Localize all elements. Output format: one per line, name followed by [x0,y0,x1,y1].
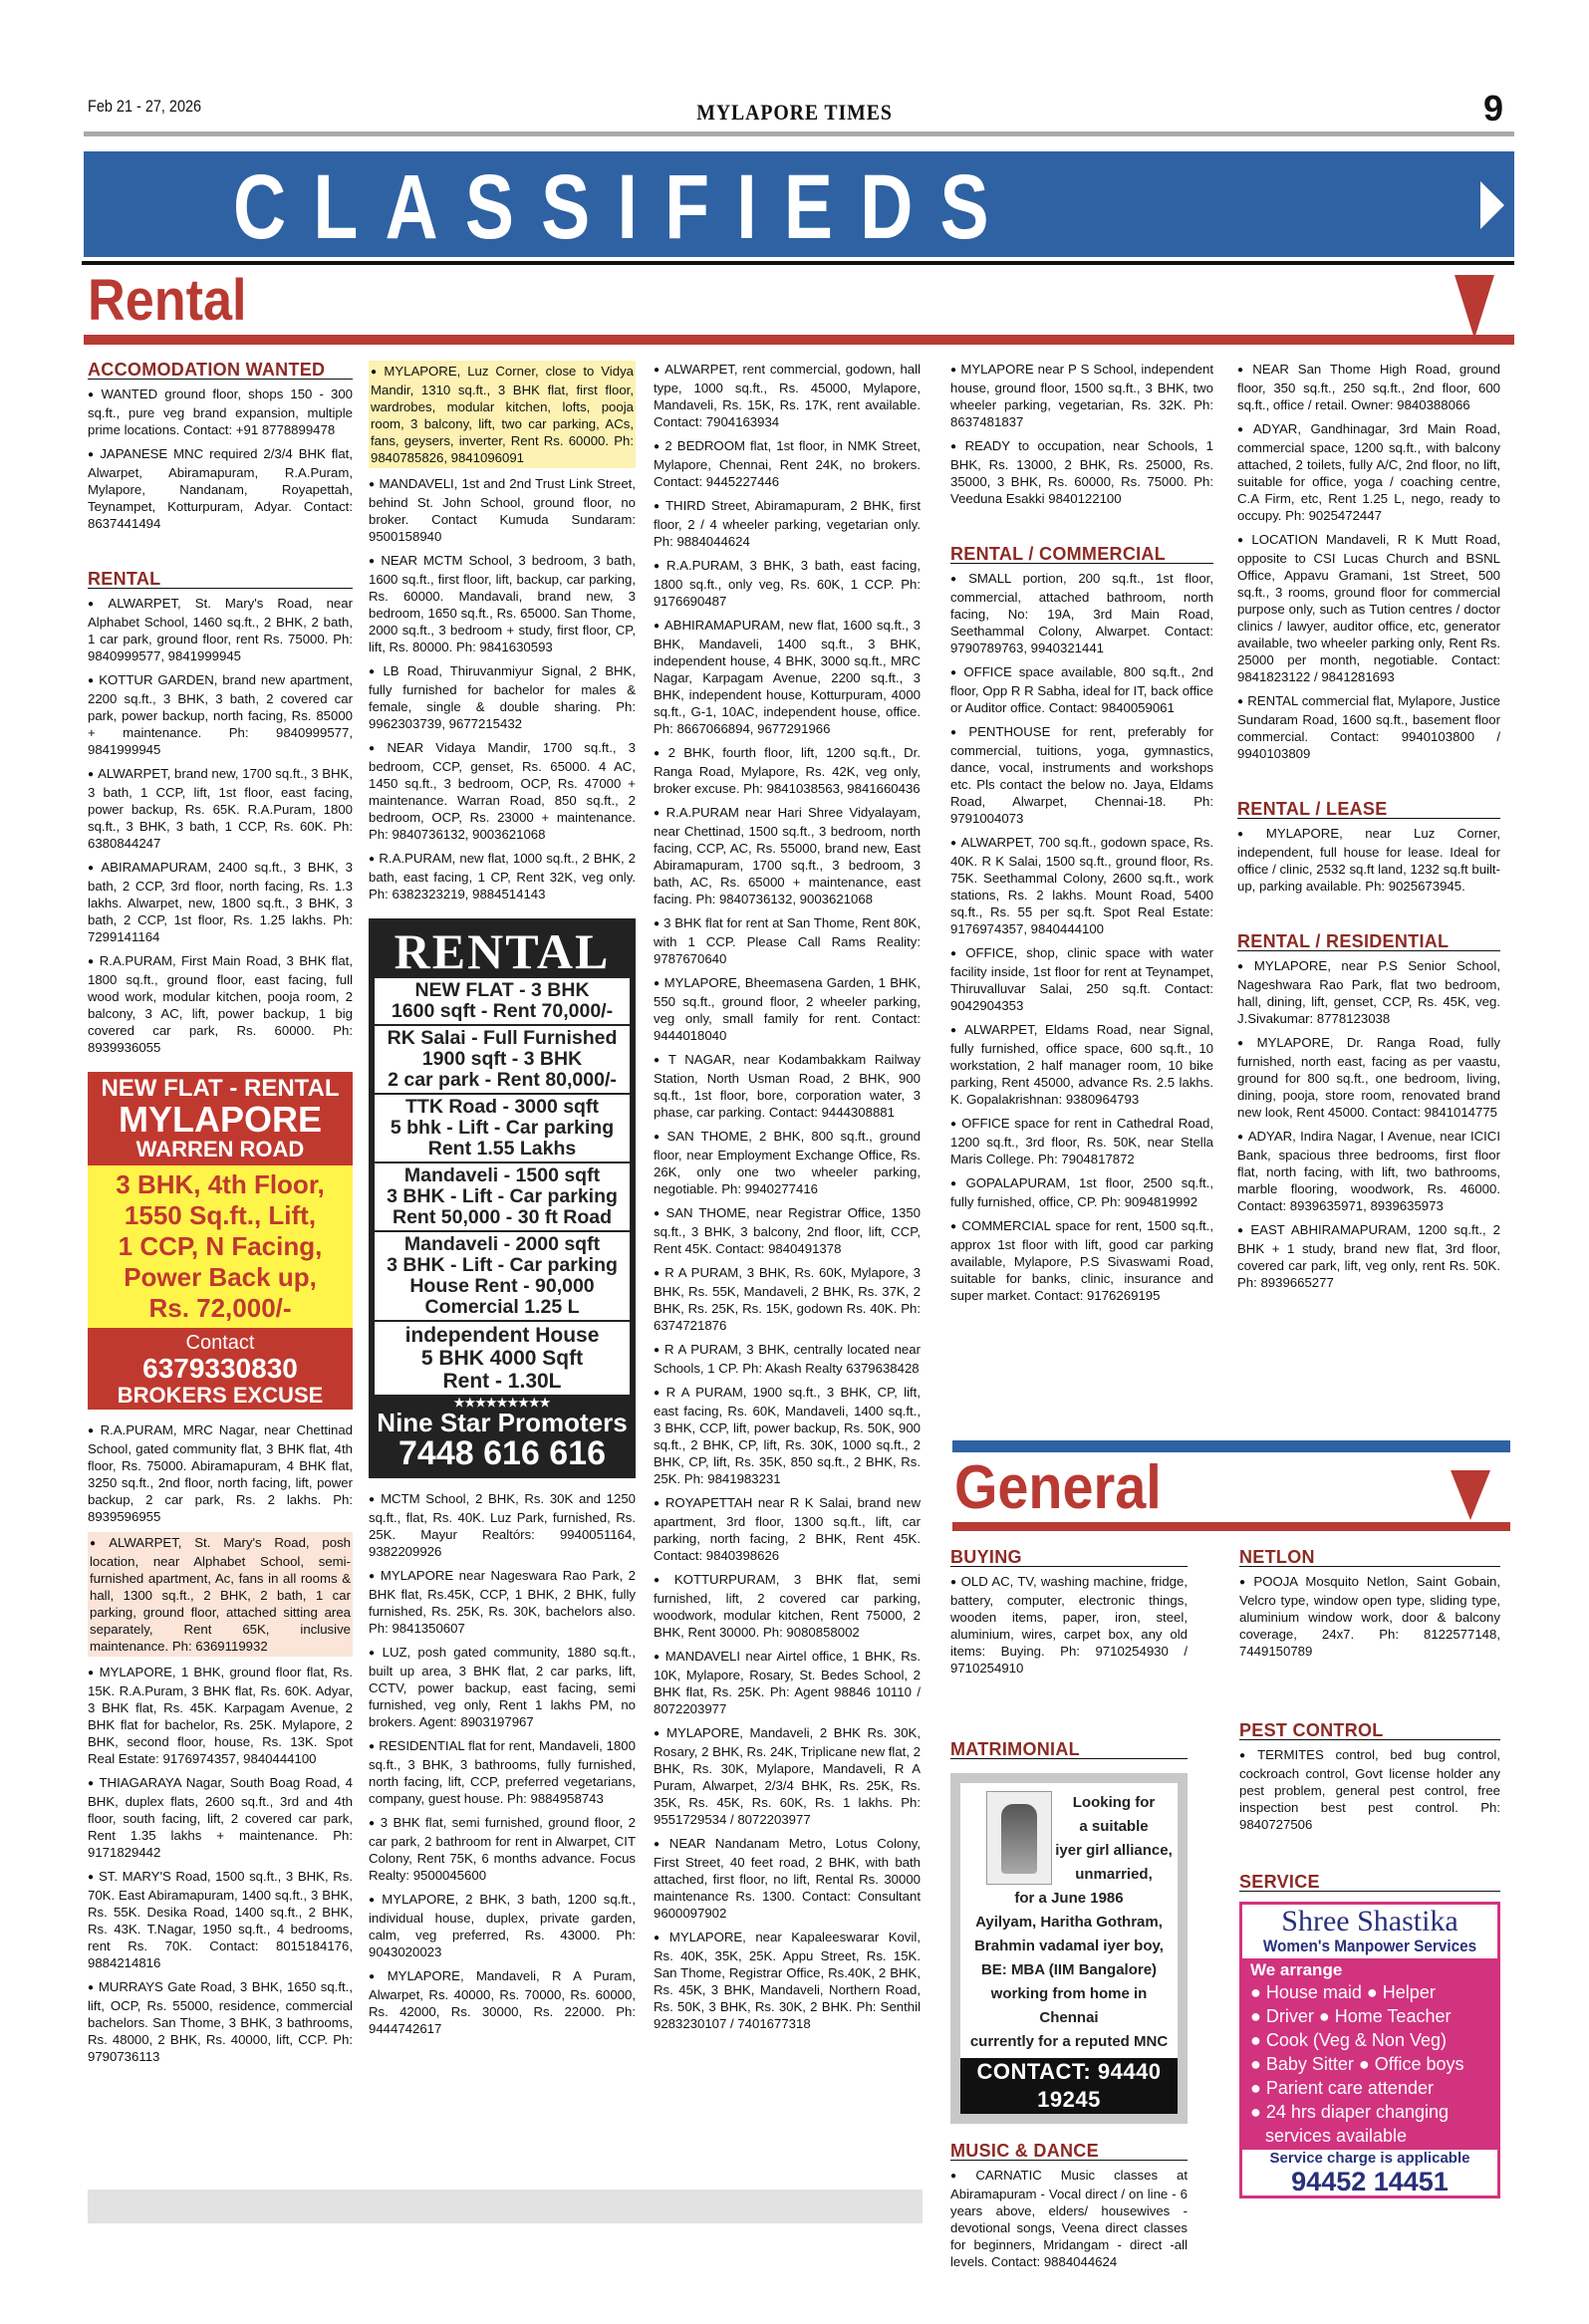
listing-line: 1900 sqft - 3 BHK [375,1049,630,1070]
ad-line: BE: MBA (IIM Bangalore) [964,1958,1174,1982]
service-item: ● House maid ● Helper [1250,1980,1489,2004]
service-name: Shree Shastika [1242,1907,1497,1937]
service-item: ● Cook (Veg & Non Veg) [1250,2028,1489,2052]
ad-street: WARREN ROAD [92,1138,349,1162]
listing-cell: NEW FLAT - 3 BHK 1600 sqft - Rent 70,000… [375,978,630,1026]
service-display-ad: Shree Shastika Women's Manpower Services… [1239,1902,1500,2198]
classified-ad: 2 BHK, fourth floor, lift, 1200 sq.ft., … [654,744,921,797]
ad-price: Rs. 72,000/- [88,1293,353,1324]
page-number: 9 [1483,88,1503,129]
classified-ad: MYLAPORE near Nageswara Rao Park, 2 BHK … [369,1567,636,1637]
ad-headline: RENTAL [375,924,630,978]
listing-line: Rent 50,000 - 30 ft Road [375,1207,630,1228]
classified-ad: PENTHOUSE for rent, preferably for comme… [950,723,1213,827]
service-charge-note: Service charge is applicable [1242,2150,1497,2168]
category-matrimonial: MATRIMONIAL [950,1740,1188,1759]
display-ad-nine-star-promoters: RENTAL NEW FLAT - 3 BHK 1600 sqft - Rent… [369,918,636,1478]
classified-ad: THIRD Street, Abiramapuram, 2 BHK, first… [654,497,921,550]
ad-highlight-box: 3 BHK, 4th Floor, 1550 Sq.ft., Lift, 1 C… [88,1165,353,1328]
classified-ad: JAPANESE MNC required 2/3/4 BHK flat, Al… [88,445,353,532]
listing-cell: independent House 5 BHK 4000 Sqft Rent -… [375,1322,630,1395]
classified-ad: RESIDENTIAL flat for rent, Mandaveli, 18… [369,1737,636,1807]
ad-detail: 1550 Sq.ft., Lift, [88,1200,353,1231]
classified-ad: MYLAPORE, near Luz Corner, independent, … [1237,825,1500,895]
classified-ad: NEAR San Thome High Road, ground floor, … [1237,361,1500,413]
service-item: ● Parient care attender [1250,2076,1489,2100]
column-2: MYLAPORE, Luz Corner, close to Vidya Man… [369,361,636,2044]
ad-line: iyer girl alliance, [1054,1839,1174,1863]
classified-ad: WANTED ground floor, shops 150 - 300 sq.… [88,386,353,438]
classified-ad: R.A.PURAM, First Main Road, 3 BHK flat, … [88,952,353,1056]
classified-ad: R.A.PURAM near Hari Shree Vidyalayam, ne… [654,804,921,907]
listing-line: Mandaveli - 1500 sqft [375,1165,630,1186]
classified-ad: R A PURAM, 3 BHK, Rs. 60K, Mylapore, 3 B… [654,1264,921,1334]
listing-line: 3 BHK - Lift - Car parking [375,1186,630,1207]
classified-ad: OFFICE, shop, clinic space with water fa… [950,944,1213,1014]
classified-ad: ALWARPET, St. Mary's Road, near Alphabet… [88,595,353,664]
ad-line: currently for a reputed MNC [964,2030,1174,2054]
classified-ad: ST. MARY'S Road, 1500 sq.ft., 3 BHK, Rs.… [88,1868,353,1971]
classified-ad: R.A.PURAM, new flat, 1000 sq.ft., 2 BHK,… [369,850,636,903]
classified-ad: READY to occupation, near Schools, 1 BHK… [950,437,1213,507]
classified-ad: ABHIRAMAPURAM, new flat, 1600 sq.ft., 3 … [654,617,921,737]
rental-section-title: Rental [88,267,247,334]
header-rule [84,131,1514,136]
general-column-left: BUYING OLD AC, TV, washing machine, frid… [950,1548,1188,2277]
classified-ad: MANDAVELI, 1st and 2nd Trust Link Street… [369,475,636,545]
listing-line: 5 BHK 4000 Sqft [375,1347,630,1370]
ad-location: MYLAPORE [92,1102,349,1138]
display-ad-mylapore-warren-road: NEW FLAT - RENTAL MYLAPORE WARREN ROAD 3… [88,1072,353,1410]
classified-ad: NEAR Nandanam Metro, Lotus Colony, First… [654,1835,921,1922]
classified-ad-highlighted: ALWARPET, St. Mary's Road, posh location… [88,1532,353,1657]
classifieds-banner: CLASSIFIEDS [84,151,1514,257]
category-pest-control: PEST CONTROL [1239,1721,1500,1740]
listing-cell: RK Salai - Full Furnished 1900 sqft - 3 … [375,1026,630,1095]
classified-ad: CARNATIC Music classes at Abiramapuram -… [950,2167,1188,2270]
right-triangle-icon [1480,181,1504,229]
column-4: MYLAPORE near P S School, independent ho… [950,361,1213,1311]
ad-contact: CONTACT: 94440 19245 [960,2058,1178,2114]
classified-ad: 2 BEDROOM flat, 1st floor, in NMK Street… [654,437,921,490]
column-1: ACCOMODATION WANTED WANTED ground floor,… [88,361,353,2072]
category-rental: RENTAL [88,570,353,589]
classified-ad: ALWARPET, rent commercial, godown, hall … [654,361,921,430]
ad-phone: 6379330830 [92,1354,349,1384]
service-intro: We arrange [1250,1960,1489,1980]
banner-rule [82,261,1514,265]
classified-ad: MURRAYS Gate Road, 3 BHK, 1650 sq.ft., l… [88,1978,353,2065]
publication-name: MYLAPORE TIMES [80,100,1510,126]
listing-line: Rent 1.55 Lakhs [375,1139,630,1160]
listing-line: RK Salai - Full Furnished [375,1028,630,1049]
classified-ad: SAN THOME, 2 BHK, 800 sq.ft., ground flo… [654,1128,921,1197]
listing-line: 2 car park - Rent 80,000/- [375,1070,630,1091]
ad-detail: Power Back up, [88,1262,353,1293]
classified-ad: MYLAPORE, Mandaveli, 2 BHK Rs. 30K, Rosa… [654,1724,921,1828]
classified-ad: ALWARPET, 700 sq.ft., godown space, Rs. … [950,834,1213,937]
classified-ad: TERMITES control, bed bug control, cockr… [1239,1746,1500,1833]
category-music-dance: MUSIC & DANCE [950,2142,1188,2161]
ad-company: Nine Star Promoters [375,1409,630,1436]
classified-ad: ADYAR, Gandhinagar, 3rd Main Road, comme… [1237,420,1500,524]
ad-line: for a June 1986 [964,1887,1174,1911]
classified-ad: MYLAPORE near P S School, independent ho… [950,361,1213,430]
listing-line: Comercial 1.25 L [375,1297,630,1318]
listing-line: TTK Road - 3000 sqft [375,1097,630,1118]
banner-title: CLASSIFIEDS [233,155,1016,260]
listing-line: 3 BHK - Lift - Car parking [375,1255,630,1276]
listing-line: independent House [375,1324,630,1347]
general-blue-rule [952,1440,1510,1452]
column-3: ALWARPET, rent commercial, godown, hall … [654,361,921,2039]
service-subtitle: Women's Manpower Services [1255,1937,1484,1956]
classified-ad: ALWARPET, Eldams Road, near Signal, full… [950,1021,1213,1108]
category-rental-lease: RENTAL / LEASE [1237,800,1500,819]
classified-ad-highlighted: MYLAPORE, Luz Corner, close to Vidya Man… [369,361,636,468]
classified-ad: ABIRAMAPURAM, 2400 sq.ft., 3 BHK, 3 bath… [88,859,353,945]
classified-ad: MYLAPORE, Mandaveli, R A Puram, Alwarpet… [369,1967,636,2037]
classified-ad: EAST ABHIRAMAPURAM, 1200 sq.ft., 2 BHK +… [1237,1221,1500,1291]
ad-line: Brahmin vadamal iyer boy, [964,1935,1174,1958]
classified-ad: R A PURAM, 3 BHK, centrally located near… [654,1341,921,1377]
classified-ad: MYLAPORE, 2 BHK, 3 bath, 1200 sq.ft., in… [369,1891,636,1960]
classified-ad: SMALL portion, 200 sq.ft., 1st floor, co… [950,570,1213,656]
classified-ad: KOTTURPURAM, 3 BHK flat, semi furnished,… [654,1571,921,1641]
rental-red-rule [84,335,1514,345]
matrimonial-display-ad: Looking for a suitable iyer girl allianc… [950,1773,1188,2124]
category-buying: BUYING [950,1548,1188,1567]
ad-detail: 3 BHK, 4th Floor, [88,1169,353,1200]
ad-line: a suitable [1054,1815,1174,1839]
classified-ad: 3 BHK flat, semi furnished, ground floor… [369,1814,636,1884]
classified-ad: MANDAVELI near Airtel office, 1 BHK, Rs.… [654,1648,921,1717]
general-column-right: NETLON POOJA Mosquito Netlon, Saint Goba… [1239,1548,1500,2198]
classified-ad: ADYAR, Indira Nagar, I Avenue, near ICIC… [1237,1128,1500,1214]
classified-ad: SAN THOME, near Registrar Office, 1350 s… [654,1204,921,1257]
classified-ad: T NAGAR, near Kodambakkam Railway Statio… [654,1051,921,1121]
category-accommodation-wanted: ACCOMODATION WANTED [88,361,353,380]
listing-cell: Mandaveli - 2000 sqft 3 BHK - Lift - Car… [375,1232,630,1322]
classified-ad: KOTTUR GARDEN, brand new apartment, 2200… [88,671,353,758]
ad-detail: 1 CCP, N Facing, [88,1231,353,1262]
classified-ad: OLD AC, TV, washing machine, fridge, bat… [950,1573,1188,1677]
classified-ad: ROYAPETTAH near R K Salai, brand new apa… [654,1494,921,1564]
listing-line: 5 bhk - Lift - Car parking [375,1118,630,1139]
listing-line: Rent - 1.30L [375,1370,630,1393]
listing-line: Mandaveli - 2000 sqft [375,1234,630,1255]
classified-ad: R.A.PURAM, 3 BHK, 3 bath, east facing, 1… [654,557,921,610]
classified-ad: MYLAPORE, Bheemasena Garden, 1 BHK, 550 … [654,974,921,1044]
classified-ad: MCTM School, 2 BHK, Rs. 30K and 1250 sq.… [369,1490,636,1560]
classified-ad: LOCATION Mandaveli, R K Mutt Road, oppos… [1237,531,1500,685]
ad-line: Ayilyam, Haritha Gothram, [964,1911,1174,1935]
classified-ad: R.A.PURAM, MRC Nagar, near Chettinad Sch… [88,1421,353,1525]
classified-ad: MYLAPORE, near Kapaleeswarar Kovil, Rs. … [654,1929,921,2032]
classified-ad: LB Road, Thiruvanmiyur Signal, 2 BHK, fu… [369,662,636,732]
category-rental-commercial: RENTAL / COMMERCIAL [950,545,1213,564]
service-item: ● Baby Sitter ● Office boys [1250,2052,1489,2076]
classified-ad: LUZ, posh gated community, 1880 sq.ft., … [369,1644,636,1730]
classified-ad: R A PURAM, 1900 sq.ft., 3 BHK, CP, lift,… [654,1384,921,1487]
general-section-title: General [954,1452,1162,1523]
classified-ad: COMMERCIAL space for rent, 1500 sq.ft., … [950,1217,1213,1304]
listing-cell: Mandaveli - 1500 sqft 3 BHK - Lift - Car… [375,1163,630,1232]
listing-line: NEW FLAT - 3 BHK [375,980,630,1001]
service-item: services available [1250,2124,1489,2148]
ad-contact-label: Contact [92,1332,349,1354]
column-5: NEAR San Thome High Road, ground floor, … [1237,361,1500,1298]
ad-line: unmarried, [1054,1863,1174,1887]
category-service: SERVICE [1239,1873,1500,1892]
classified-ad: GOPALAPURAM, 1st floor, 2500 sq.ft., ful… [950,1174,1213,1210]
listing-line: House Rent - 90,000 [375,1276,630,1297]
listing-line: 1600 sqft - Rent 70,000/- [375,1001,630,1022]
classified-ad: NEAR Vidaya Mandir, 1700 sq.ft., 3 bedro… [369,739,636,843]
category-rental-residential: RENTAL / RESIDENTIAL [1237,932,1500,951]
classified-ad: RENTAL commercial flat, Mylapore, Justic… [1237,692,1500,762]
couple-photo-icon [986,1791,1052,1885]
classified-ad: NEAR MCTM School, 3 bedroom, 3 bath, 160… [369,552,636,655]
ad-phone: 7448 616 616 [375,1436,630,1470]
ad-footer: ★★★★★★★★★ Nine Star Promoters 7448 616 6… [375,1395,630,1472]
footer-grey-band [88,2190,923,2223]
category-netlon: NETLON [1239,1548,1500,1567]
ad-line: working from home in Chennai [964,1982,1174,2030]
service-phone: 94452 14451 [1242,2168,1497,2195]
classified-ad: THIAGARAYA Nagar, South Boag Road, 4 BHK… [88,1774,353,1861]
classified-ad: 3 BHK flat for rent at San Thome, Rent 8… [654,914,921,967]
listing-cell: TTK Road - 3000 sqft 5 bhk - Lift - Car … [375,1095,630,1163]
down-triangle-icon [1455,275,1494,339]
classified-ad: POOJA Mosquito Netlon, Saint Gobain, Vel… [1239,1573,1500,1660]
ad-line: Looking for [1054,1791,1174,1815]
classified-ad: MYLAPORE, Dr. Ranga Road, fully furnishe… [1237,1034,1500,1121]
service-item: ● 24 hrs diaper changing [1250,2100,1489,2124]
classified-ad: MYLAPORE, near P.S Senior School, Nagesh… [1237,957,1500,1027]
classified-ad: MYLAPORE, 1 BHK, ground floor flat, Rs. … [88,1664,353,1767]
classified-ad: OFFICE space available, 800 sq.ft., 2nd … [950,663,1213,716]
classified-ad: OFFICE space for rent in Cathedral Road,… [950,1115,1213,1167]
ad-note: BROKERS EXCUSE [92,1384,349,1408]
classified-ad: ALWARPET, brand new, 1700 sq.ft., 3 BHK,… [88,765,353,852]
general-red-rule [952,1522,1510,1531]
down-triangle-icon [1451,1470,1490,1520]
service-item: ● Driver ● Home Teacher [1250,2004,1489,2028]
